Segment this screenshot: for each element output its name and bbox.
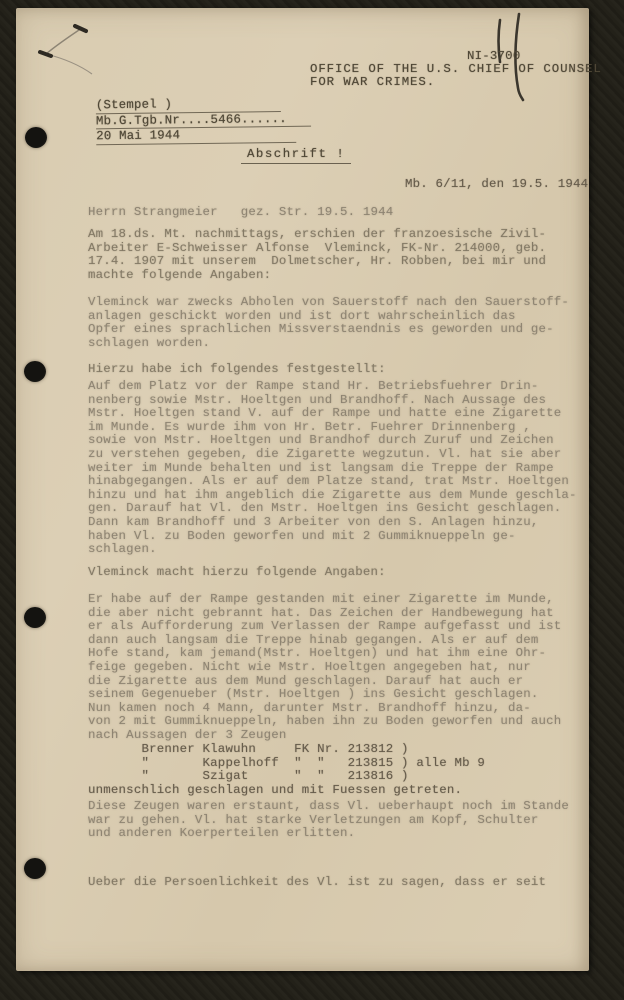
paragraph-intro: Am 18.ds. Mt. nachmittags, erschien der … [88, 228, 546, 282]
document-title: Abschrift ! [241, 148, 351, 164]
paragraph-witness-remark: Diese Zeugen waren erstaunt, dass Vl. ue… [88, 800, 569, 841]
hole-punch-1 [25, 127, 47, 148]
stamp-line1: (Stempel ) [96, 97, 281, 114]
stamp-line3: 20 Mai 1944 [96, 128, 296, 145]
office-header-line2: FOR WAR CRIMES. [310, 76, 435, 90]
witness-list: Brenner Klawuhn FK Nr. 213812 ) " Kappel… [88, 743, 485, 797]
hole-punch-3 [24, 607, 46, 628]
document-page: NI-3700 OFFICE OF THE U.S. CHIEF OF COUN… [16, 8, 589, 971]
paragraph-personality: Ueber die Persoenlichkeit des Vl. ist zu… [88, 876, 546, 890]
pencil-mark [20, 14, 110, 78]
scanned-document: NI-3700 OFFICE OF THE U.S. CHIEF OF COUN… [0, 0, 624, 1000]
hole-punch-2 [24, 361, 46, 382]
stamp-line2: Mb.G.Tgb.Nr....5466...... [96, 112, 311, 129]
dateline: Mb. 6/11, den 19.5. 1944 [405, 178, 588, 192]
paragraph-vleminck-statement: Er habe auf der Rampe gestanden mit eine… [88, 593, 561, 743]
registry-stamp: (Stempel ) Mb.G.Tgb.Nr....5466...... 20 … [96, 97, 312, 145]
paragraph-summary: Vleminck war zwecks Abholen von Sauersto… [88, 296, 569, 350]
heading-findings: Hierzu habe ich folgendes festgestellt: [88, 363, 386, 377]
heading-vleminck-statement: Vleminck macht hierzu folgende Angaben: [88, 566, 386, 580]
hole-punch-4 [24, 858, 46, 879]
addressee-line: Herrn Strangmeier gez. Str. 19.5. 1944 [88, 206, 393, 220]
paragraph-findings: Auf dem Platz vor der Rampe stand Hr. Be… [88, 380, 577, 557]
